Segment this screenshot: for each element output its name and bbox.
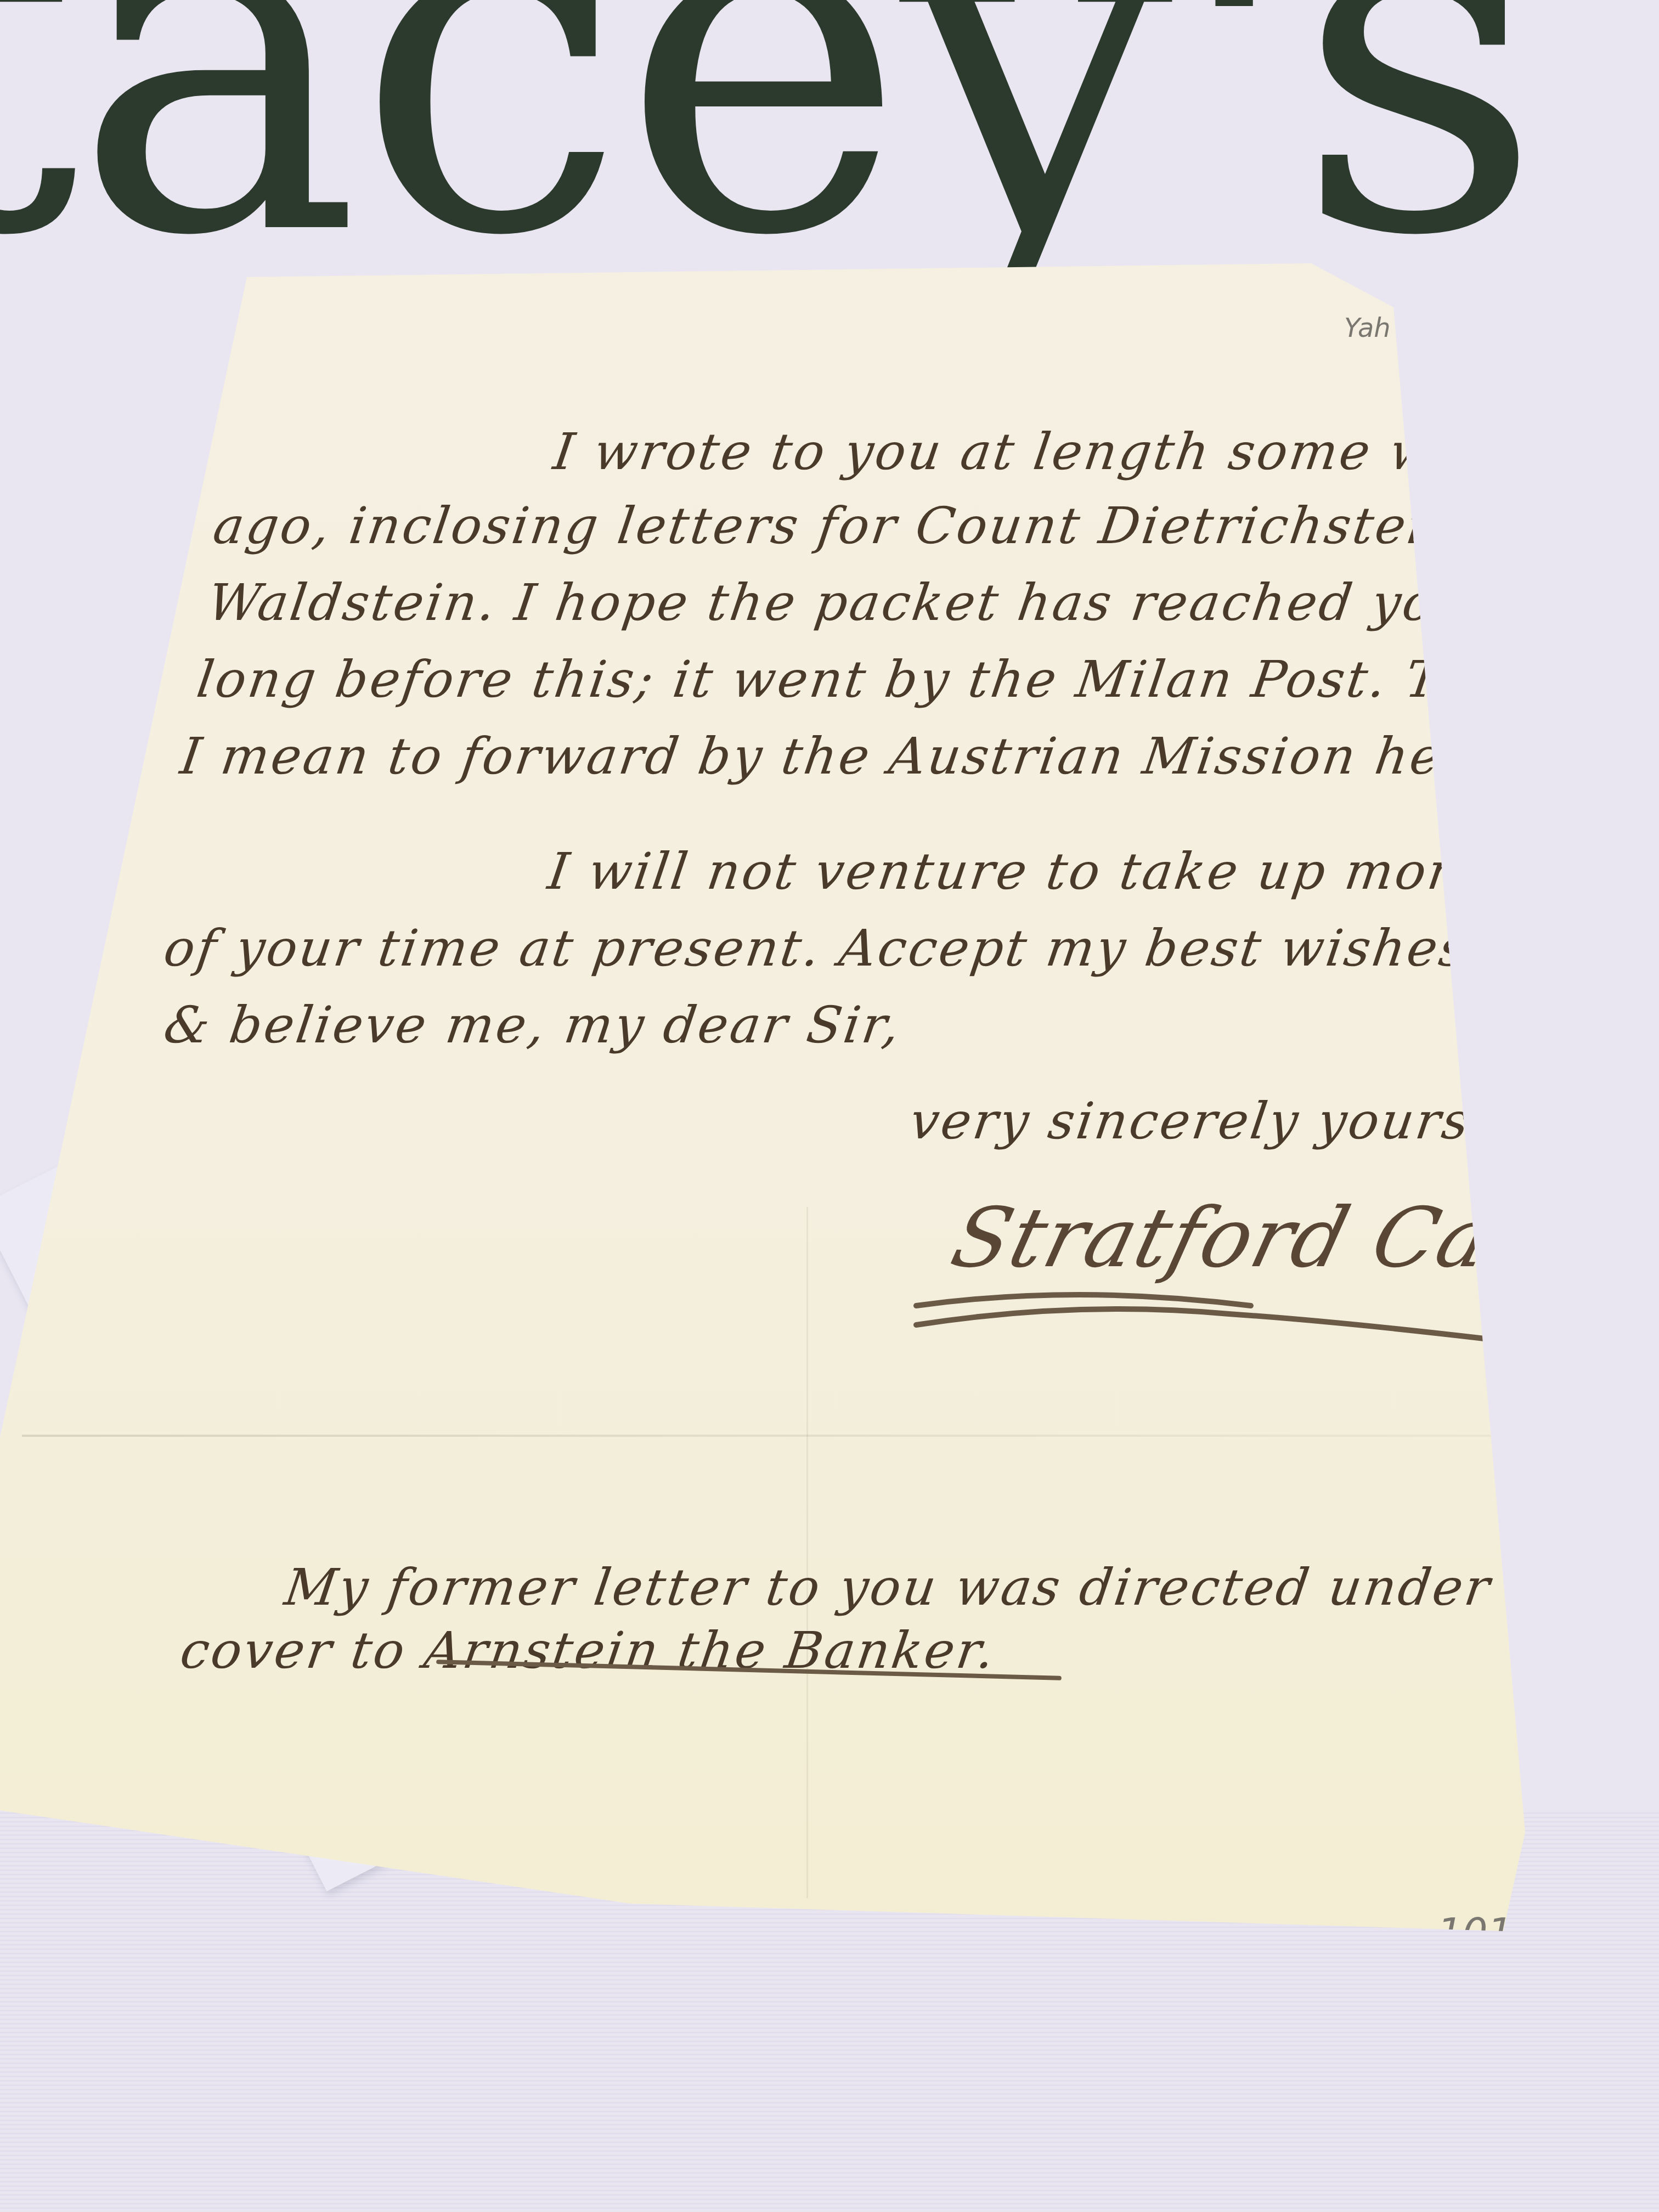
postscript-line: My former letter to you was directed und… xyxy=(281,1558,1495,1617)
letter-line: ago, inclosing letters for Count Dietric… xyxy=(210,496,1659,555)
letter-line: of your time at present. Accept my best … xyxy=(160,919,1489,978)
signature: Stratford Canning. xyxy=(943,1190,1659,1286)
fold-crease-vertical xyxy=(806,1207,808,1898)
letter-line: long before this; it went by the Milan P… xyxy=(193,650,1527,709)
closing-line: very sincerely yours, xyxy=(906,1092,1493,1150)
pencil-mark-top: Yah xyxy=(1344,313,1391,343)
letter-line: Waldstein. I hope the packet has reached… xyxy=(204,573,1474,632)
letter-line: I mean to forward by the Austrian Missio… xyxy=(177,727,1523,786)
letter-line: I will not venture to take up more xyxy=(544,842,1491,901)
letter-line: I wrote to you at length some weeks xyxy=(550,422,1565,481)
letter-line: & believe me, my dear Sir, xyxy=(160,996,905,1054)
fold-crease-horizontal xyxy=(22,1435,1514,1437)
store-banner-lettering: tacey's xyxy=(0,0,1538,302)
signature-flourish xyxy=(911,1284,1542,1366)
